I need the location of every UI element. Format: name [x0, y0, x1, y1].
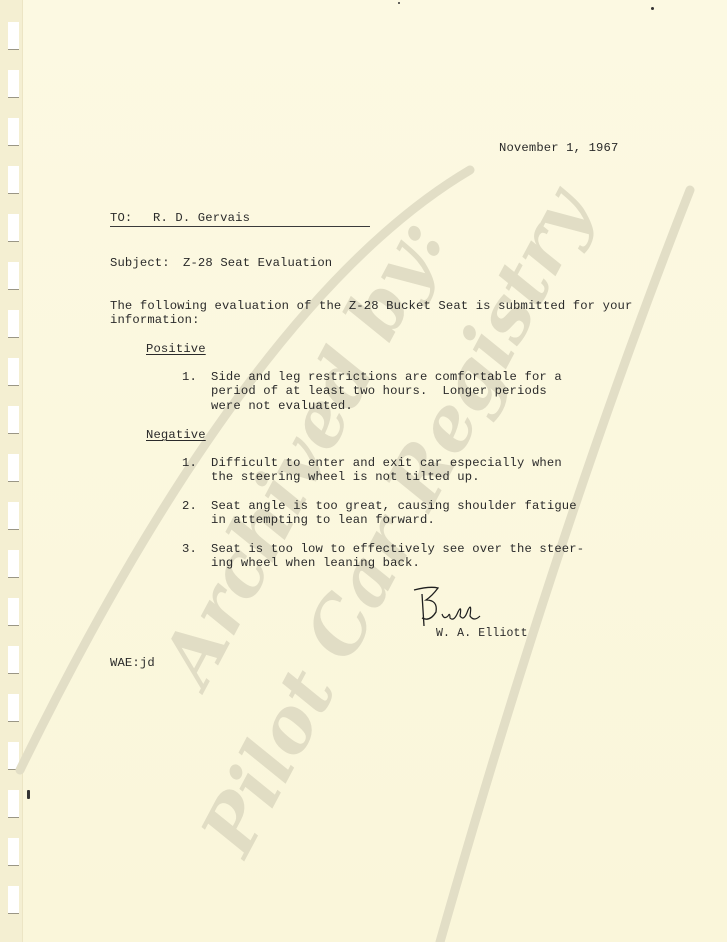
negative-item-line: Difficult to enter and exit car especial… [211, 456, 562, 471]
binding-hole [8, 502, 19, 530]
to-label: TO: [110, 211, 132, 226]
binding-hole [8, 166, 19, 194]
binding-hole [8, 886, 19, 914]
positive-item-line: period of at least two hours. Longer per… [211, 384, 547, 399]
signatory-name: W. A. Elliott [436, 627, 528, 642]
positive-item-number: 1. [182, 370, 197, 385]
negative-item-line: the steering wheel is not tilted up. [211, 470, 480, 485]
binding-hole [8, 694, 19, 722]
binding-hole [8, 598, 19, 626]
reference-initials: WAE:jd [110, 656, 155, 671]
binding-hole [8, 550, 19, 578]
negative-item-number: 3. [182, 542, 197, 557]
binding-hole [8, 838, 19, 866]
memo-date: November 1, 1967 [499, 141, 618, 156]
binding-hole [8, 310, 19, 338]
binding-hole [8, 406, 19, 434]
intro-line-2: information: [110, 313, 200, 328]
negative-item-line: in attempting to lean forward. [211, 513, 435, 528]
subject-label: Subject: [110, 256, 170, 271]
ink-speck [398, 2, 400, 4]
binding-hole [8, 118, 19, 146]
to-recipient: R. D. Gervais [153, 211, 250, 226]
intro-line-1: The following evaluation of the Z-28 Buc… [110, 299, 632, 314]
negative-item-number: 2. [182, 499, 197, 514]
binding-hole [8, 742, 19, 770]
binding-hole [8, 454, 19, 482]
positive-heading: Positive [146, 342, 206, 357]
to-underline [110, 226, 370, 227]
memo-page: Archived by: Pilot Car Registry November… [0, 0, 727, 942]
positive-item-line: Side and leg restrictions are comfortabl… [211, 370, 562, 385]
positive-item-line: were not evaluated. [211, 399, 353, 414]
negative-item-line: Seat angle is too great, causing shoulde… [211, 499, 577, 514]
binding-hole [8, 358, 19, 386]
negative-item-line: Seat is too low to effectively see over … [211, 542, 584, 557]
handwritten-signature [400, 582, 510, 632]
negative-heading: Negative [146, 428, 206, 443]
binding-hole [8, 790, 19, 818]
binding-hole [8, 22, 19, 50]
binding-hole [8, 262, 19, 290]
negative-item-number: 1. [182, 456, 197, 471]
binding-hole [8, 70, 19, 98]
subject-value: Z-28 Seat Evaluation [183, 256, 332, 271]
binding-hole [8, 214, 19, 242]
negative-item-line: ing wheel when leaning back. [211, 556, 420, 571]
binding-hole [8, 646, 19, 674]
binding-strip [0, 0, 23, 942]
ink-speck [27, 790, 30, 799]
ink-speck [651, 7, 654, 10]
